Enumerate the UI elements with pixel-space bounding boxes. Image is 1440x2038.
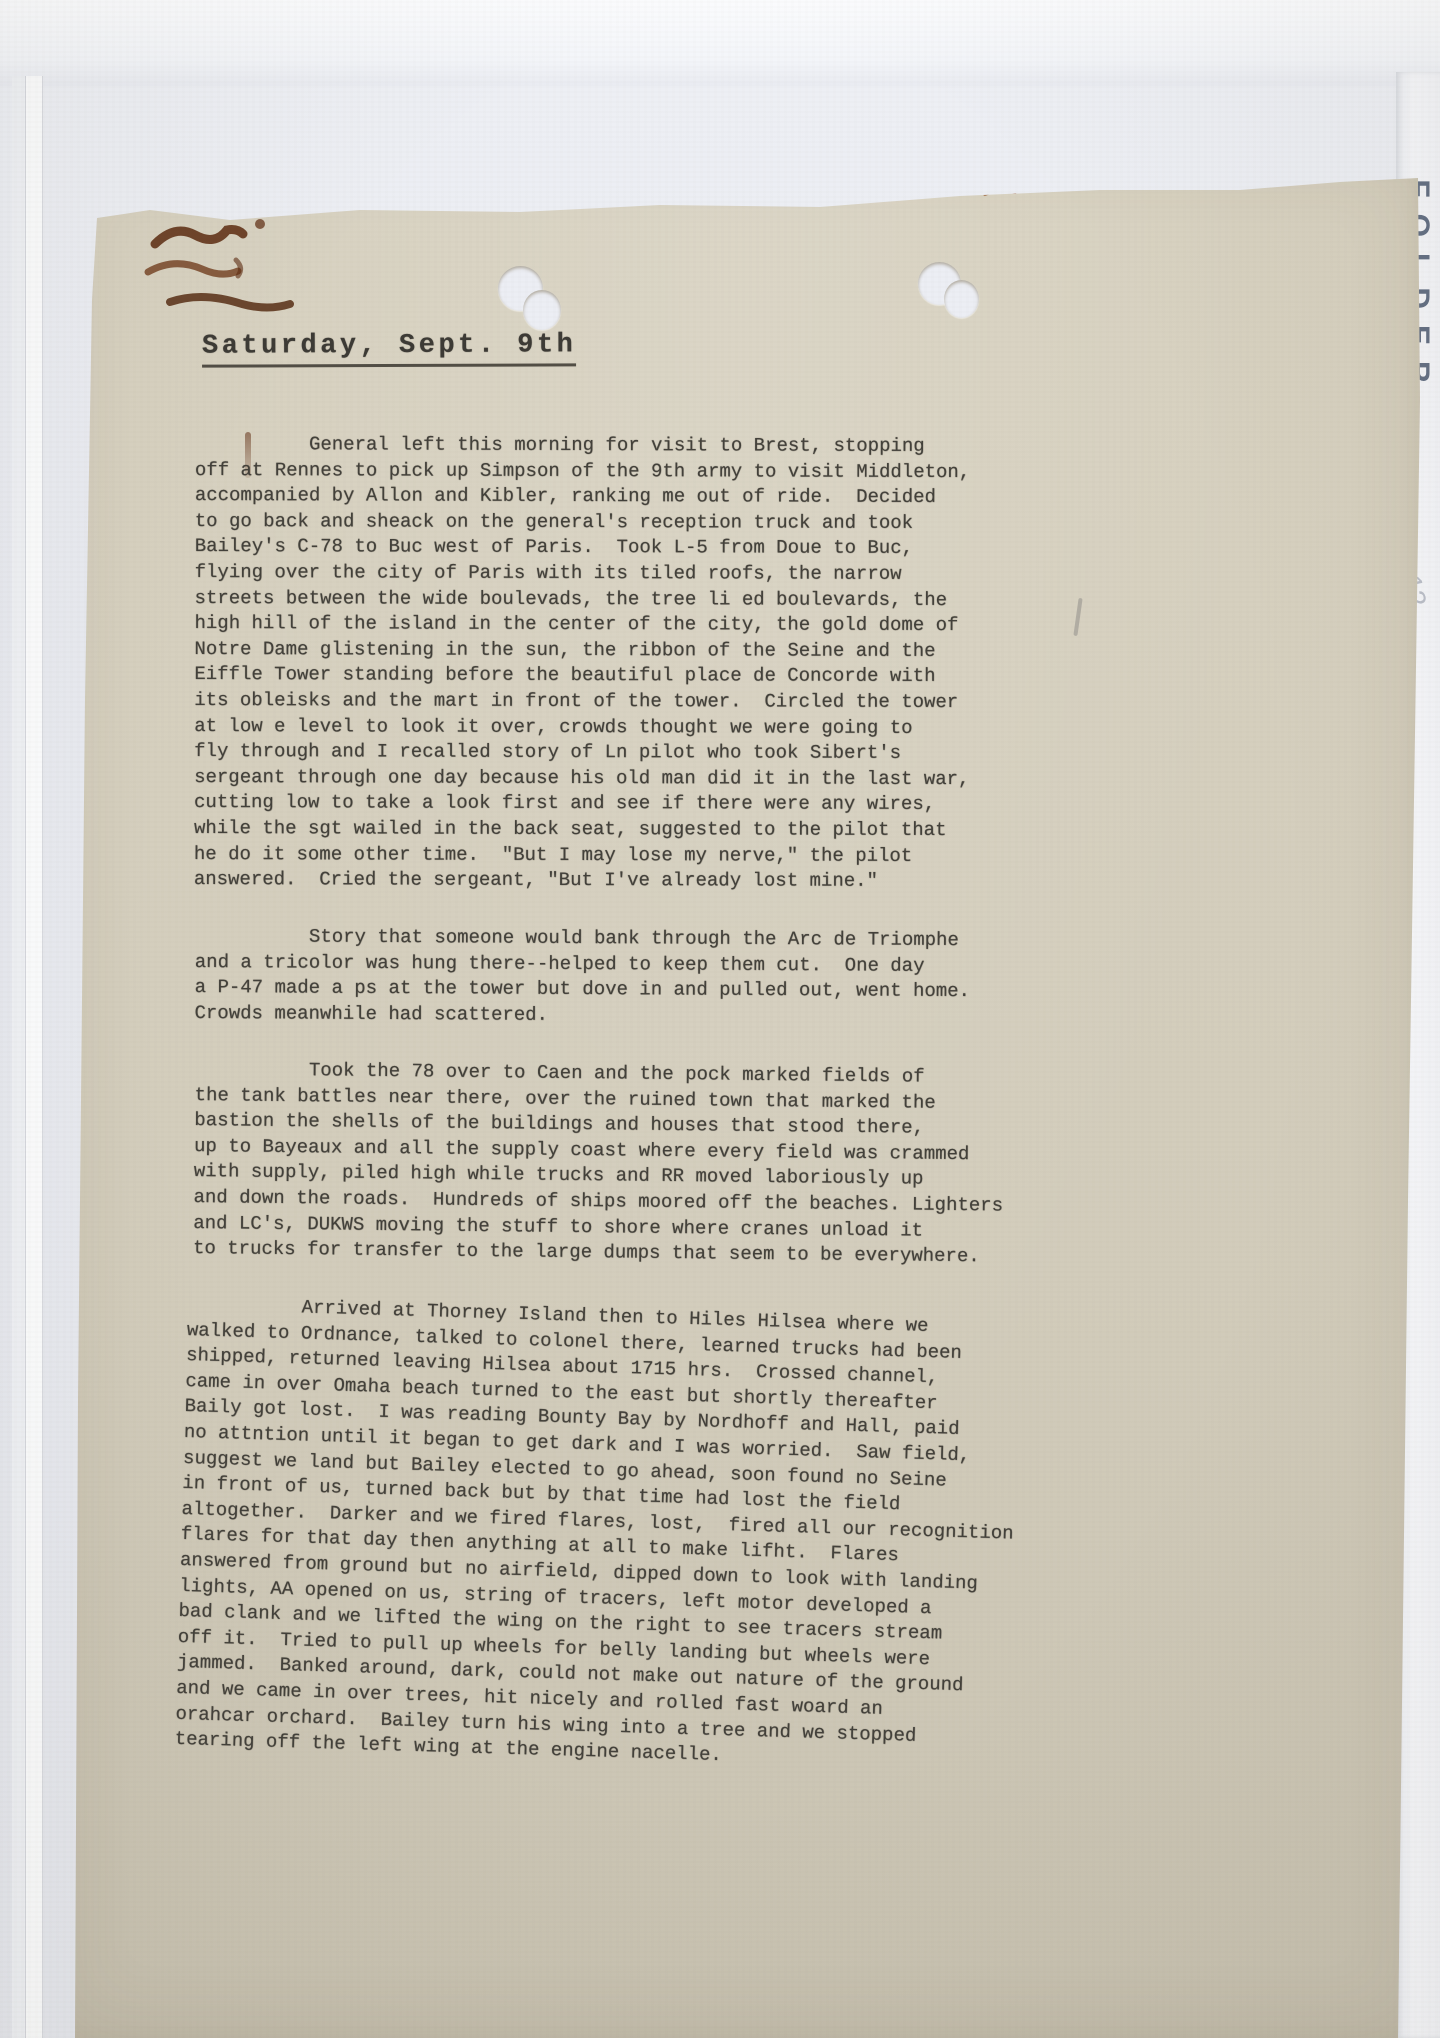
text-line: at low e level to look it over, crowds t… xyxy=(194,714,969,742)
text-line: answered. Cried the sergeant, "But I've … xyxy=(194,867,969,895)
underlying-page-edge xyxy=(12,76,26,2038)
rust-stain-top-left xyxy=(140,202,370,327)
text-line: accompanied by Allon and Kibler, ranking… xyxy=(195,483,970,511)
punch-hole-circle xyxy=(523,290,561,330)
text-line: cutting low to take a look first and see… xyxy=(194,790,969,818)
text-line: General left this morning for visit to B… xyxy=(195,432,970,460)
text-line: while the sgt wailed in the back seat, s… xyxy=(194,816,969,844)
underlying-page-edge xyxy=(26,76,43,2038)
text-line: Notre Dame glistening in the sun, the ri… xyxy=(194,637,969,665)
text-line: to go back and sheack on the general's r… xyxy=(195,509,970,537)
punch-hole-circle xyxy=(944,280,979,318)
paragraph-arc-de-triomphe: Story that someone would bank through th… xyxy=(194,924,970,1030)
text-line: Story that someone would bank through th… xyxy=(195,924,970,954)
punch-hole-left xyxy=(498,266,570,336)
text-line: he do it some other time. "But I may los… xyxy=(194,841,969,869)
text-line: Bailey's C-78 to Buc west of Paris. Took… xyxy=(195,534,970,562)
rust-stain-top-right xyxy=(955,164,1050,200)
text-line: fly through and I recalled story of Ln p… xyxy=(194,739,969,767)
paragraph-flight-to-paris: General left this morning for visit to B… xyxy=(194,432,971,895)
scanned-diary-page: { "page": { "title": "Saturday, Sept. 9t… xyxy=(0,0,1440,2038)
text-line: high hill of the island in the center of… xyxy=(194,611,969,639)
paragraph-caen-supply-coast: Took the 78 over to Caen and the pock ma… xyxy=(193,1057,1005,1270)
text-line: Crowds meanwhile had scattered. xyxy=(194,1001,969,1031)
paragraph-thorney-island-landing: Arrived at Thorney Island then to Hiles … xyxy=(174,1292,1020,1777)
text-line: sergeant through one day because his old… xyxy=(194,765,969,793)
text-line: flying over the city of Paris with its t… xyxy=(195,560,970,588)
text-line: a P-47 made a ps at the tower but dove i… xyxy=(195,975,970,1005)
entry-date-heading: Saturday, Sept. 9th xyxy=(202,330,576,367)
punch-hole-right xyxy=(918,260,988,326)
scanner-background-top xyxy=(0,0,1440,86)
text-line: its obleisks and the mart in front of th… xyxy=(194,688,969,716)
text-line: streets between the wide boulevads, the … xyxy=(195,586,970,614)
text-line: off at Rennes to pick up Simpson of the … xyxy=(195,458,970,486)
text-line: Eiffle Tower standing before the beautif… xyxy=(194,662,969,690)
